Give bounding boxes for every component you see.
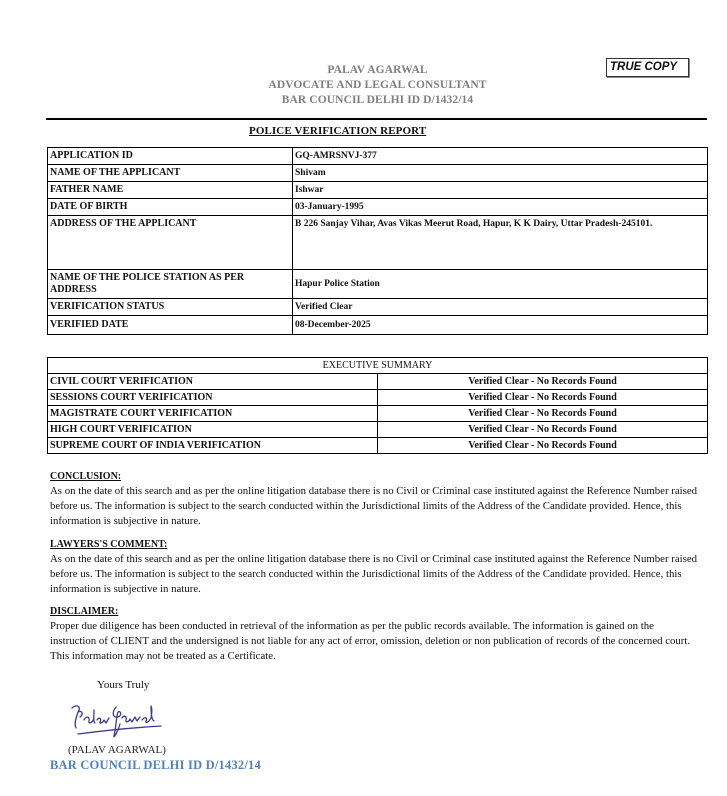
summary-value: Verified Clear - No Records Found	[378, 390, 708, 406]
signatory-bar-id: BAR COUNCIL DELHI ID D/1432/14	[50, 758, 261, 773]
detail-value-verification-status: Verified Clear	[293, 299, 708, 316]
executive-summary-heading: EXECUTIVE SUMMARY	[48, 358, 708, 374]
disclaimer-text: Proper due diligence has been conducted …	[50, 619, 702, 664]
signature-icon	[66, 698, 166, 742]
table-row: SUPREME COURT OF INDIA VERIFICATION Veri…	[48, 438, 708, 454]
detail-label: NAME OF THE POLICE STATION AS PER ADDRES…	[48, 270, 293, 299]
conclusion-heading: CONCLUSION:	[50, 470, 702, 484]
detail-label: ADDRESS OF THE APPLICANT	[48, 216, 293, 270]
table-row: VERIFICATION STATUS Verified Clear	[48, 299, 708, 316]
summary-label: SUPREME COURT OF INDIA VERIFICATION	[48, 438, 378, 454]
summary-value: Verified Clear - No Records Found	[378, 422, 708, 438]
table-row: DATE OF BIRTH 03-January-1995	[48, 199, 708, 216]
detail-value-father-name: Ishwar	[293, 182, 708, 199]
conclusion-section: CONCLUSION: As on the date of this searc…	[50, 470, 702, 529]
table-row: ADDRESS OF THE APPLICANT B 226 Sanjay Vi…	[48, 216, 708, 270]
disclaimer-heading: DISCLAIMER:	[50, 605, 702, 619]
detail-value-dob: 03-January-1995	[293, 199, 708, 216]
summary-label: HIGH COURT VERIFICATION	[48, 422, 378, 438]
closing-text: Yours Truly	[97, 679, 149, 691]
advocate-bar-id: BAR COUNCIL DELHI ID D/1432/14	[0, 93, 727, 108]
executive-summary-table: EXECUTIVE SUMMARY CIVIL COURT VERIFICATI…	[47, 357, 708, 454]
summary-value: Verified Clear - No Records Found	[378, 406, 708, 422]
true-copy-stamp: TRUE COPY	[606, 58, 689, 77]
lawyers-comment-heading: LAWYERS'S COMMENT:	[50, 538, 702, 552]
summary-value: Verified Clear - No Records Found	[378, 374, 708, 390]
detail-label: NAME OF THE APPLICANT	[48, 165, 293, 182]
detail-value-police-station: Hapur Police Station	[293, 270, 708, 299]
detail-label: DATE OF BIRTH	[48, 199, 293, 216]
lawyers-comment-section: LAWYERS'S COMMENT: As on the date of thi…	[50, 538, 702, 597]
table-row: FATHER NAME Ishwar	[48, 182, 708, 199]
table-row: HIGH COURT VERIFICATION Verified Clear -…	[48, 422, 708, 438]
table-row: NAME OF THE POLICE STATION AS PER ADDRES…	[48, 270, 708, 299]
detail-label: VERIFICATION STATUS	[48, 299, 293, 316]
detail-label: FATHER NAME	[48, 182, 293, 199]
detail-label: VERIFIED DATE	[48, 316, 293, 335]
lawyers-comment-text: As on the date of this search and as per…	[50, 552, 702, 597]
detail-value-applicant-name: Shivam	[293, 165, 708, 182]
table-row: CIVIL COURT VERIFICATION Verified Clear …	[48, 374, 708, 390]
table-row: NAME OF THE APPLICANT Shivam	[48, 165, 708, 182]
table-row: SESSIONS COURT VERIFICATION Verified Cle…	[48, 390, 708, 406]
detail-value-address: B 226 Sanjay Vihar, Avas Vikas Meerut Ro…	[293, 216, 708, 270]
summary-label: SESSIONS COURT VERIFICATION	[48, 390, 378, 406]
table-row: VERIFIED DATE 08-December-2025	[48, 316, 708, 335]
conclusion-text: As on the date of this search and as per…	[50, 484, 702, 529]
header-divider	[46, 118, 707, 120]
table-row: APPLICATION ID GQ-AMRSNVJ-377	[48, 148, 708, 165]
report-title: POLICE VERIFICATION REPORT	[249, 125, 426, 137]
signatory-name: (PALAV AGARWAL)	[68, 744, 166, 756]
detail-value-verified-date: 08-December-2025	[293, 316, 708, 335]
summary-label: CIVIL COURT VERIFICATION	[48, 374, 378, 390]
advocate-designation: ADVOCATE AND LEGAL CONSULTANT	[0, 78, 727, 93]
detail-value-application-id: GQ-AMRSNVJ-377	[293, 148, 708, 165]
table-header-row: EXECUTIVE SUMMARY	[48, 358, 708, 374]
disclaimer-section: DISCLAIMER: Proper due diligence has bee…	[50, 605, 702, 664]
applicant-details-table: APPLICATION ID GQ-AMRSNVJ-377 NAME OF TH…	[47, 147, 708, 335]
detail-label: APPLICATION ID	[48, 148, 293, 165]
summary-label: MAGISTRATE COURT VERIFICATION	[48, 406, 378, 422]
summary-value: Verified Clear - No Records Found	[378, 438, 708, 454]
table-row: MAGISTRATE COURT VERIFICATION Verified C…	[48, 406, 708, 422]
